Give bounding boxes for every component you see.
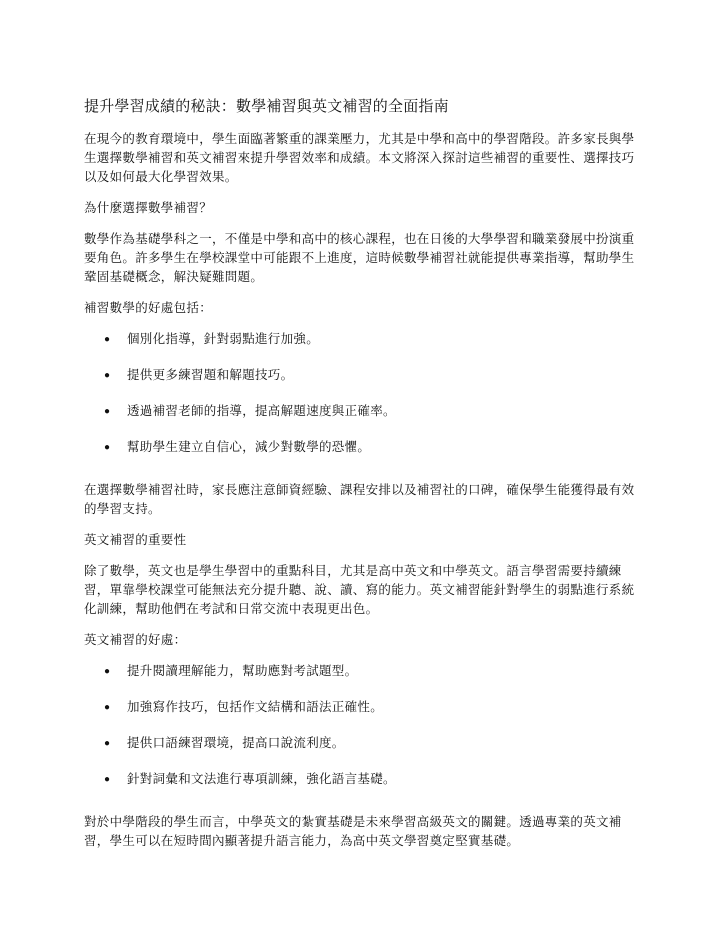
list-item: ●加強寫作技巧，包括作文結構和語法正確性。 xyxy=(84,698,636,717)
list-item: ●提升閱讀理解能力，幫助應對考試題型。 xyxy=(84,662,636,681)
english-benefits-label: 英文補習的好處： xyxy=(84,631,636,650)
english-section-paragraph: 除了數學，英文也是學生學習中的重點科目，尤其是高中英文和中學英文。語言學習需要持… xyxy=(84,562,636,619)
list-item: ●提供更多練習題和解題技巧。 xyxy=(84,366,636,385)
list-item-text: 幫助學生建立自信心，減少對數學的恐懼。 xyxy=(127,440,370,454)
bullet-icon: ● xyxy=(104,438,110,457)
bullet-icon: ● xyxy=(104,770,110,789)
document-page: 提升學習成績的秘訣：數學補習與英文補習的全面指南 在現今的教育環境中，學生面臨著… xyxy=(0,0,720,851)
list-item: ●提供口語練習環境，提高口說流利度。 xyxy=(84,734,636,753)
list-item: ●個別化指導，針對弱點進行加強。 xyxy=(84,330,636,349)
math-section-paragraph: 數學作為基礎學科之一，不僅是中學和高中的核心課程，也在日後的大學學習和職業發展中… xyxy=(84,230,636,287)
list-item-text: 提升閱讀理解能力，幫助應對考試題型。 xyxy=(127,664,357,678)
list-item: ●透過補習老師的指導，提高解題速度與正確率。 xyxy=(84,402,636,421)
bullet-icon: ● xyxy=(104,366,110,385)
english-benefits-list: ●提升閱讀理解能力，幫助應對考試題型。 ●加強寫作技巧，包括作文結構和語法正確性… xyxy=(84,662,636,789)
list-item-text: 透過補習老師的指導，提高解題速度與正確率。 xyxy=(127,404,396,418)
english-section-heading: 英文補習的重要性 xyxy=(84,531,636,550)
math-closing-paragraph: 在選擇數學補習社時，家長應注意師資經驗、課程安排以及補習社的口碑，確保學生能獲得… xyxy=(84,481,636,519)
bullet-icon: ● xyxy=(104,734,110,753)
list-item-text: 提供更多練習題和解題技巧。 xyxy=(127,368,293,382)
math-benefits-label: 補習數學的好處包括： xyxy=(84,299,636,318)
list-item-text: 個別化指導，針對弱點進行加強。 xyxy=(127,332,319,346)
math-benefits-list: ●個別化指導，針對弱點進行加強。 ●提供更多練習題和解題技巧。 ●透過補習老師的… xyxy=(84,330,636,457)
math-section-heading: 為什麼選擇數學補習？ xyxy=(84,199,636,218)
document-title: 提升學習成績的秘訣：數學補習與英文補習的全面指南 xyxy=(84,97,636,117)
list-item-text: 針對詞彙和文法進行專項訓練，強化語言基礎。 xyxy=(127,772,396,786)
bullet-icon: ● xyxy=(104,402,110,421)
bullet-icon: ● xyxy=(104,698,110,717)
list-item: ●針對詞彙和文法進行專項訓練，強化語言基礎。 xyxy=(84,770,636,789)
bullet-icon: ● xyxy=(104,330,110,349)
list-item-text: 加強寫作技巧，包括作文結構和語法正確性。 xyxy=(127,700,383,714)
list-item-text: 提供口語練習環境，提高口說流利度。 xyxy=(127,736,345,750)
english-closing-paragraph: 對於中學階段的學生而言，中學英文的紮實基礎是未來學習高級英文的關鍵。透過專業的英… xyxy=(84,813,636,851)
intro-paragraph: 在現今的教育環境中，學生面臨著繁重的課業壓力，尤其是中學和高中的學習階段。許多家… xyxy=(84,130,636,187)
list-item: ●幫助學生建立自信心，減少對數學的恐懼。 xyxy=(84,438,636,457)
bullet-icon: ● xyxy=(104,662,110,681)
